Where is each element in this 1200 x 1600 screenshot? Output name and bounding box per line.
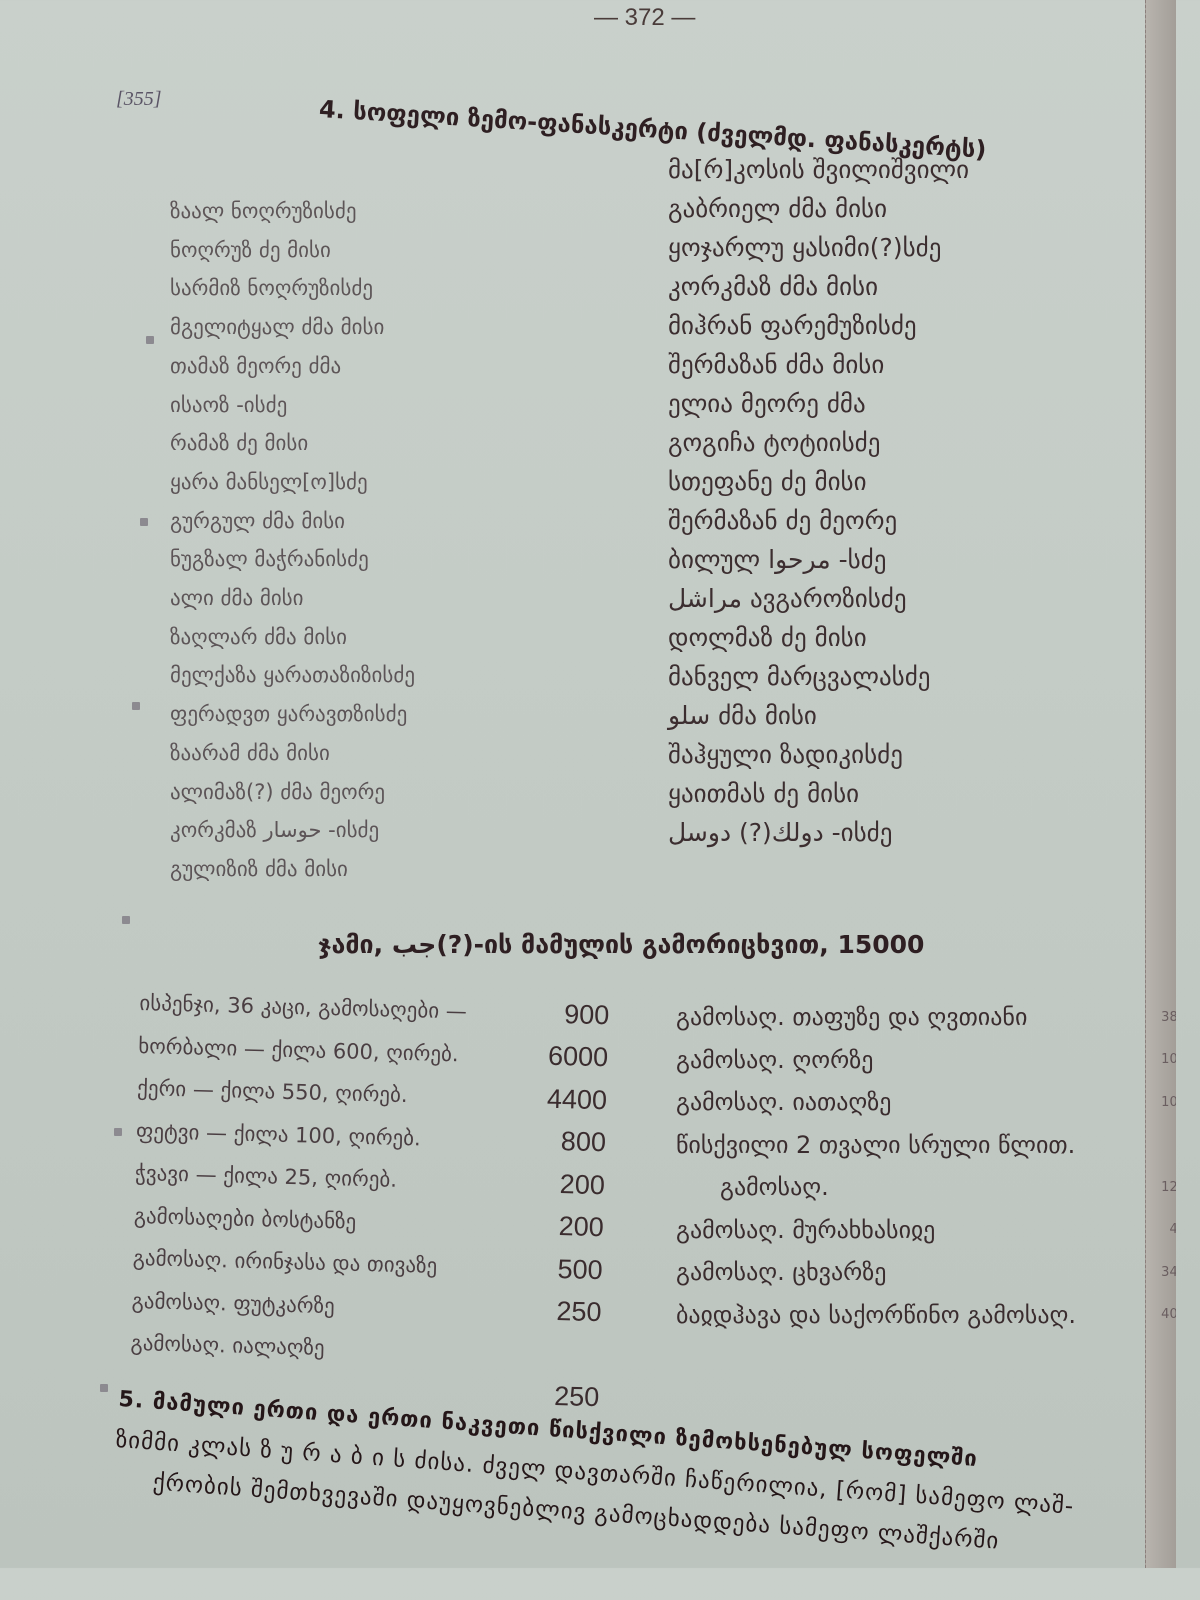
name-entry: ყოჯარლუ ყასიმი(?)სძე [668,228,969,267]
ledger-value [530,1354,600,1356]
name-entry: გურგულ ძმა მისი [170,502,415,541]
name-entry: ელია მეორე ძმა [668,384,969,423]
ledger-row: გამოსაღ.120 [676,1166,1176,1209]
margin-reference: [355] [116,88,162,111]
name-entry: შერმაზან ძმა მისი [668,345,969,384]
name-entry: მა[რ]კოსის შვილიშვილი [668,150,969,189]
name-entry: გულიზიზ ძმა მისი [170,850,415,889]
ledger-value: 250 [531,1296,602,1329]
ledger-value: 4400 [537,1083,608,1116]
ledger-value: 6000 [538,1041,609,1074]
ledger-value: 340 [1146,1265,1176,1280]
name-entry: سلو ძმა მისი [668,696,969,735]
ledger-label: ფეტვი — ქილა 100, ღირებ. [136,1119,536,1153]
ledger-value: 200 [534,1168,605,1201]
name-entry: ნუგზალ მაჭრანისძე [170,540,415,579]
name-entry: ბილულ مرحوا -სძე [668,540,969,579]
name-entry: კორკმაზ حوسار -ისძე [170,811,415,850]
name-entry: ყაითმას ძე მისი [668,774,969,813]
ledger-value: 900 [539,998,610,1031]
ledger-row: წისქვილი 2 თვალი სრული წლით. [676,1124,1176,1167]
ledger-row: ბაჲდჰავა და საქორწინო გამოსაღ.400 [676,1294,1176,1337]
ledger-value: 100 [1146,1052,1176,1067]
ledger-label: ჭვავი — ქილა 25, ღირებ. [135,1161,535,1195]
ledger-label: ქერი — ქილა 550, ღირებ. [137,1076,537,1110]
ledger-label: გამოსაღ. იათაღზე [676,1088,1146,1116]
names-column-left: ზაალ ნოღრუზისძე ნოღრუზ ძე მისი სარმიზ ნო… [170,192,415,889]
ledger-label: გამოსაღ. იალაღზე [130,1331,530,1365]
name-entry: ზაალ ნოღრუზისძე [170,192,415,231]
ledger-label: ხორბალი — ქილა 600, ღირებ. [138,1034,538,1068]
ledger-value: 400 [1146,1307,1176,1322]
name-entry: მანველ მარცვალასძე [668,657,969,696]
name-entry: ფერადვთ ყარავთზისძე [170,695,415,734]
ledger-label: ისპენჯი, 36 კაცი, გამოსაღები — [139,991,539,1025]
name-entry: مراشل ავგაროზისძე [668,579,969,618]
section-heading-total: ჯამი, جب(?)-ის მამულის გამორიცხვით, 1500… [318,930,924,959]
name-entry: მელქაზა ყარათაზიზისძე [170,656,415,695]
name-entry: გოგიჩა ტოტიისძე [668,423,969,462]
name-entry: ალიმაზ(?) ძმა მეორე [170,773,415,812]
name-entry: დოლმაზ ძე მისი [668,618,969,657]
ledger-value: 800 [536,1126,607,1159]
ledger-label: გამოსაღ. ღორზე [676,1046,1146,1074]
ledger-label: წისქვილი 2 თვალი სრული წლით. [676,1131,1146,1159]
ledger-label: გამოსაღ. ფუტკარზე [131,1289,531,1323]
ledger-row: გამოსაღ. თაფუზე და ღვთიანი380 [676,996,1176,1039]
margin-bullet [114,1128,122,1136]
ledger-row: გამოსაღ. მურახხასიჲე40 [676,1209,1176,1252]
margin-bullet [132,702,140,710]
ledger-label: გამოსაღ. ცხვარზე [676,1258,1146,1286]
ledger-value: 40 [1146,1222,1176,1237]
ledger-value: 200 [533,1211,604,1244]
name-entry: ზაარამ ძმა მისი [170,734,415,773]
ledger-label: ბაჲდჰავა და საქორწინო გამოსაღ. [676,1301,1146,1329]
name-entry: ალი ძმა მისი [170,579,415,618]
ledger-row: გამოსაღ. ღორზე100 [676,1039,1176,1082]
name-entry: მიჰრან ფარემუზისძე [668,306,969,345]
name-entry: გაბრიელ ძმა მისი [668,189,969,228]
name-entry: რამაზ ძე მისი [170,424,415,463]
ledger-left: ისპენჯი, 36 კაცი, გამოსაღები —900 ხორბალ… [129,982,610,1419]
name-entry: ზაღლარ ძმა მისი [170,618,415,657]
name-entry: თამაზ მეორე ძმა [170,347,415,386]
ledger-row: გამოსაღ. ცხვარზე340 [676,1251,1176,1294]
ledger-value: 500 [532,1253,603,1286]
margin-bullet [140,518,148,526]
name-entry: შაჰყული ზადიკისძე [668,735,969,774]
ledger-row: გამოსაღ. იათაღზე100 [676,1081,1176,1124]
name-entry: دولك(?) دوسل -ისძე [668,813,969,852]
page-number: — 372 — [594,4,695,32]
name-entry: შერმაზან ძე მეორე [668,501,969,540]
ledger-value: 120 [1146,1180,1176,1195]
margin-bullet [122,916,130,924]
name-entry: მგელიტყალ ძმა მისი [170,308,415,347]
name-entry: კორკმაზ ძმა მისი [668,267,969,306]
ledger-right: გამოსაღ. თაფუზე და ღვთიანი380 გამოსაღ. ღ… [676,996,1176,1336]
ledger-label: გამოსაღ. [676,1173,1146,1201]
ledger-label: გამოსაღ. მურახხასიჲე [676,1216,1146,1244]
names-column-right: მა[რ]კოსის შვილიშვილი გაბრიელ ძმა მისი ყ… [668,150,969,852]
margin-bullet [100,1384,108,1392]
name-entry: ისაოზ -ისძე [170,386,415,425]
ledger-value: 100 [1146,1095,1176,1110]
name-entry: ყარა მანსელ[ო]სძე [170,463,415,502]
ledger-label: გამოსაღები ბოსტანზე [134,1204,534,1238]
name-entry: სთეფანე ძე მისი [668,462,969,501]
margin-bullet [146,336,154,344]
ledger-label: გამოსაღ. თაფუზე და ღვთიანი [676,1003,1146,1031]
name-entry: ნოღრუზ ძე მისი [170,231,415,270]
name-entry: სარმიზ ნოღრუზისძე [170,269,415,308]
ledger-value: 380 [1146,1010,1176,1025]
ledger-label: გამოსაღ. ირინჯასა და თივაზე [132,1246,532,1280]
